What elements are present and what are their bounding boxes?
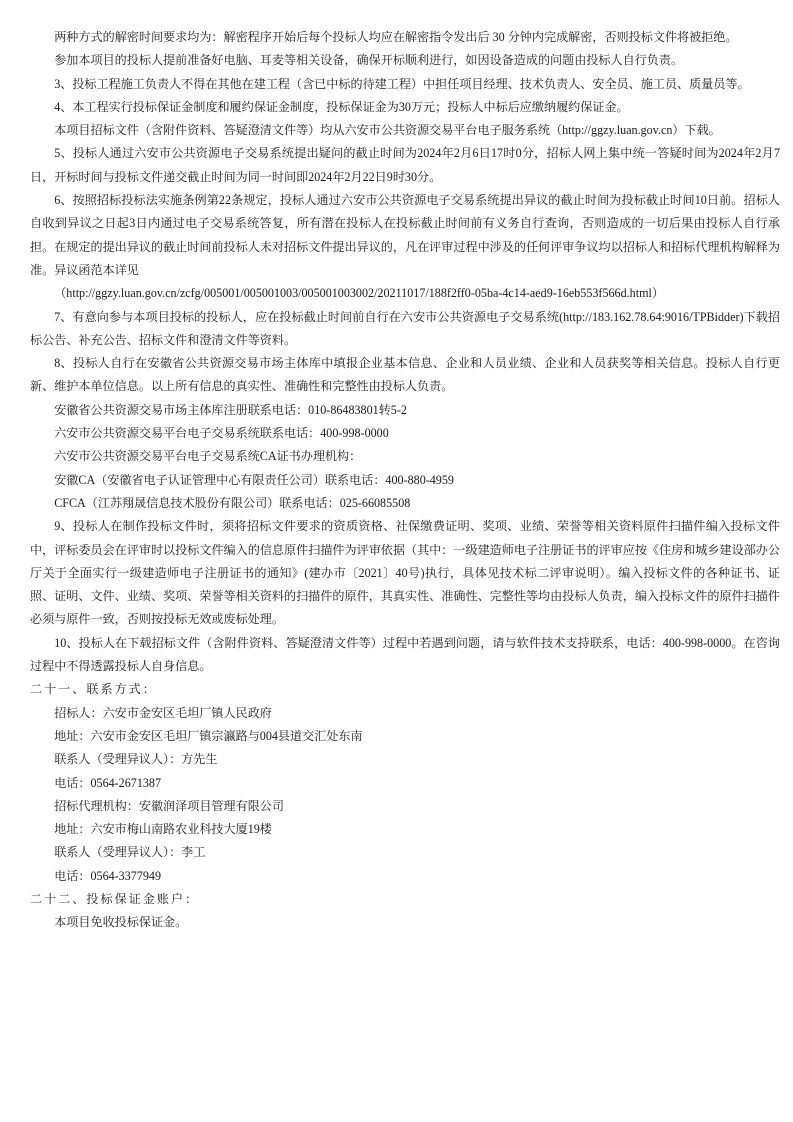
document-content: 两种方式的解密时间要求均为：解密程序开始后每个投标人均应在解密指令发出后 30 … — [30, 26, 780, 935]
paragraph: 招标代理机构：安徽润泽项目管理有限公司 — [30, 795, 780, 818]
paragraph: 地址：六安市金安区毛坦厂镇宗瀛路与004县道交汇处东南 — [30, 725, 780, 748]
paragraph: 招标人：六安市金安区毛坦厂镇人民政府 — [30, 702, 780, 725]
paragraph: 六安市公共资源交易平台电子交易系统联系电话：400-998-0000 — [30, 422, 780, 445]
section-heading: 二十二、投标保证金账户： — [30, 888, 780, 911]
paragraph: CFCA（江苏翔晟信息技术股份有限公司）联系电话：025-66085508 — [30, 492, 780, 515]
paragraph: 电话：0564-2671387 — [30, 772, 780, 795]
paragraph: 联系人（受理异议人）：方先生 — [30, 748, 780, 771]
paragraph: 安徽CA（安徽省电子认证管理中心有限责任公司）联系电话：400-880-4959 — [30, 469, 780, 492]
paragraph: 两种方式的解密时间要求均为：解密程序开始后每个投标人均应在解密指令发出后 30 … — [30, 26, 780, 49]
paragraph: 电话：0564-3377949 — [30, 865, 780, 888]
paragraph: 地址：六安市梅山南路农业科技大厦19楼 — [30, 818, 780, 841]
paragraph: 5、投标人通过六安市公共资源电子交易系统提出疑问的截止时间为2024年2月6日1… — [30, 142, 780, 189]
paragraph: 联系人（受理异议人）：李工 — [30, 841, 780, 864]
paragraph: 参加本项目的投标人提前准备好电脑、耳麦等相关设备，确保开标顺利进行，如因设备造成… — [30, 49, 780, 72]
section-heading: 二十一、联系方式： — [30, 678, 780, 701]
paragraph: 8、投标人自行在安徽省公共资源交易市场主体库中填报企业基本信息、企业和人员业绩、… — [30, 352, 780, 399]
paragraph: 10、投标人在下载招标文件（含附件资料、答疑澄清文件等）过程中若遇到问题，请与软… — [30, 632, 780, 679]
paragraph: 安徽省公共资源交易市场主体库注册联系电话：010-86483801转5-2 — [30, 399, 780, 422]
paragraph: 3、投标工程施工负责人不得在其他在建工程（含已中标的待建工程）中担任项目经理、技… — [30, 73, 780, 96]
paragraph: （http://ggzy.luan.gov.cn/zcfg/005001/005… — [30, 282, 780, 305]
paragraph: 本项目招标文件（含附件资料、答疑澄清文件等）均从六安市公共资源交易平台电子服务系… — [30, 119, 780, 142]
paragraph: 本项目免收投标保证金。 — [30, 911, 780, 934]
document-page: 两种方式的解密时间要求均为：解密程序开始后每个投标人均应在解密指令发出后 30 … — [0, 0, 793, 1122]
paragraph: 六安市公共资源交易平台电子交易系统CA证书办理机构： — [30, 445, 780, 468]
paragraph: 4、本工程实行投标保证金制度和履约保证金制度，投标保证金为30万元；投标人中标后… — [30, 96, 780, 119]
paragraph: 6、按照招标投标法实施条例第22条规定，投标人通过六安市公共资源电子交易系统提出… — [30, 189, 780, 282]
paragraph: 9、投标人在制作投标文件时，须将招标文件要求的资质资格、社保缴费证明、奖项、业绩… — [30, 515, 780, 631]
paragraph: 7、有意向参与本项目投标的投标人，应在投标截止时间前自行在六安市公共资源电子交易… — [30, 306, 780, 353]
